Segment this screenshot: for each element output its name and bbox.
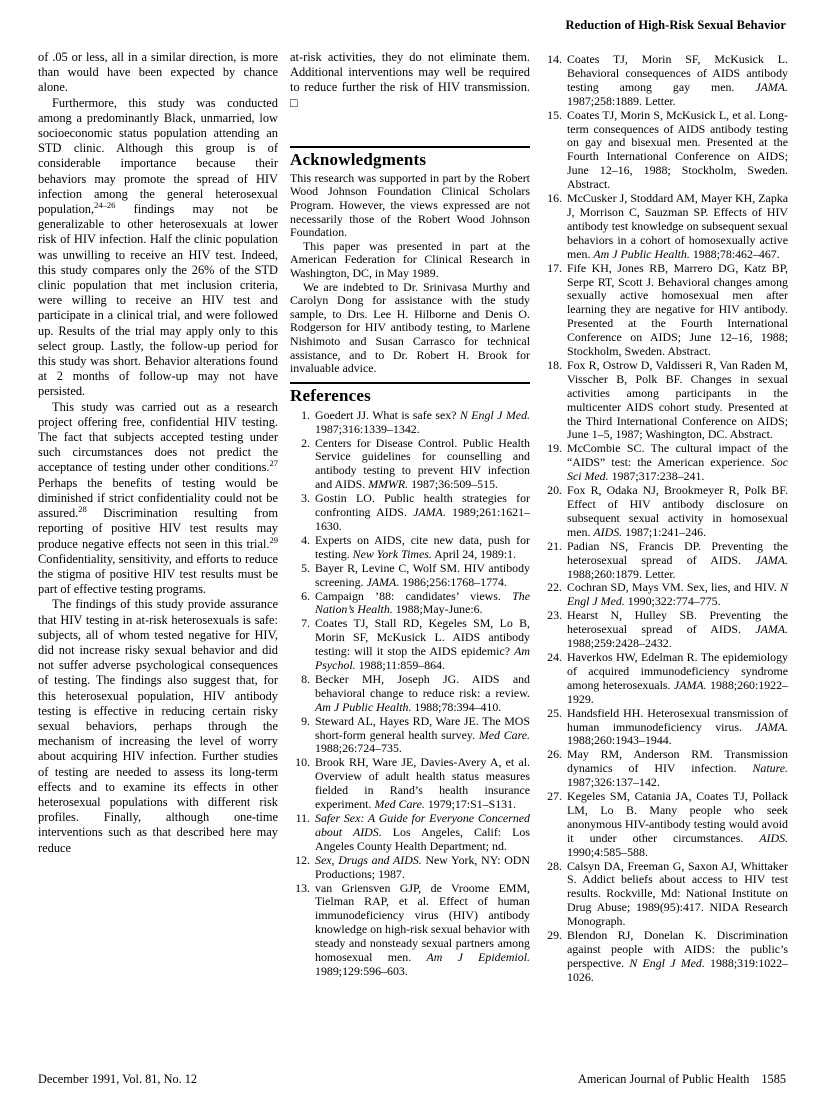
reference-item: 26.May RM, Anderson RM. Transmission dyn… — [542, 748, 788, 790]
reference-text: Fox R, Odaka NJ, Brookmeyer R, Polk BF. … — [567, 484, 788, 540]
paragraph: This study was carried out as a research… — [38, 400, 278, 598]
reference-number: 4. — [290, 534, 315, 562]
reference-text: van Griensven GJP, de Vroome EMM, Tielma… — [315, 882, 530, 979]
reference-number: 17. — [542, 262, 567, 359]
reference-number: 26. — [542, 748, 567, 790]
reference-text: Padian NS, Francis DP. Preventing the he… — [567, 540, 788, 582]
reference-text: Becker MH, Joseph JG. AIDS and behaviora… — [315, 673, 530, 715]
reference-number: 27. — [542, 790, 567, 860]
reference-item: 24.Haverkos HW, Edelman R. The epidemiol… — [542, 651, 788, 707]
reference-item: 15.Coates TJ, Morin S, McKusick L, et al… — [542, 109, 788, 192]
reference-item: 21.Padian NS, Francis DP. Preventing the… — [542, 540, 788, 582]
reference-text: Coates TJ, Stall RD, Kegeles SM, Lo B, M… — [315, 617, 530, 673]
reference-item: 23.Hearst N, Hulley SB. Preventing the h… — [542, 609, 788, 651]
reference-text: Safer Sex: A Guide for Everyone Concerne… — [315, 812, 530, 854]
reference-text: Cochran SD, Mays VM. Sex, lies, and HIV.… — [567, 581, 788, 609]
references-heading: References — [290, 386, 530, 406]
reference-text: Fife KH, Jones RB, Marrero DG, Katz BP, … — [567, 262, 788, 359]
column-1: of .05 or less, all in a similar directi… — [38, 50, 278, 985]
reference-number: 24. — [542, 651, 567, 707]
reference-text: Brook RH, Ware JE, Davies-Avery A, et al… — [315, 756, 530, 812]
reference-item: 7.Coates TJ, Stall RD, Kegeles SM, Lo B,… — [290, 617, 530, 673]
reference-item: 3.Gostin LO. Public health strategies fo… — [290, 492, 530, 534]
reference-number: 10. — [290, 756, 315, 812]
reference-number: 6. — [290, 590, 315, 618]
paragraph: This research was supported in part by t… — [290, 172, 530, 240]
paragraph: We are indebted to Dr. Srinivasa Murthy … — [290, 281, 530, 376]
reference-number: 22. — [542, 581, 567, 609]
reference-item: 9.Steward AL, Hayes RD, Ware JE. The MOS… — [290, 715, 530, 757]
reference-text: Calsyn DA, Freeman G, Saxon AJ, Whittake… — [567, 860, 788, 930]
reference-item: 17.Fife KH, Jones RB, Marrero DG, Katz B… — [542, 262, 788, 359]
column-3: 14.Coates TJ, Morin SF, McKusick L. Beha… — [542, 50, 788, 985]
section-rule-acknowledgments — [290, 146, 530, 148]
reference-text: Experts on AIDS, cite new data, push for… — [315, 534, 530, 562]
reference-number: 1. — [290, 409, 315, 437]
reference-item: 11.Safer Sex: A Guide for Everyone Conce… — [290, 812, 530, 854]
reference-number: 23. — [542, 609, 567, 651]
reference-number: 12. — [290, 854, 315, 882]
reference-item: 5.Bayer R, Levine C, Wolf SM. HIV antibo… — [290, 562, 530, 590]
page-footer: December 1991, Vol. 81, No. 12 American … — [38, 1072, 786, 1087]
reference-item: 10.Brook RH, Ware JE, Davies-Avery A, et… — [290, 756, 530, 812]
reference-text: Centers for Disease Control. Public Heal… — [315, 437, 530, 493]
reference-text: Blendon RJ, Donelan K. Discrimination ag… — [567, 929, 788, 985]
reference-number: 11. — [290, 812, 315, 854]
reference-item: 14.Coates TJ, Morin SF, McKusick L. Beha… — [542, 53, 788, 109]
paragraph: of .05 or less, all in a similar directi… — [38, 50, 278, 96]
reference-text: Kegeles SM, Catania JA, Coates TJ, Polla… — [567, 790, 788, 860]
acknowledgments-heading: Acknowledgments — [290, 150, 530, 170]
reference-text: Gostin LO. Public health strategies for … — [315, 492, 530, 534]
reference-number: 19. — [542, 442, 567, 484]
footer-issue-date: December 1991, Vol. 81, No. 12 — [38, 1072, 197, 1087]
reference-item: 25.Handsfield HH. Heterosexual transmiss… — [542, 707, 788, 749]
reference-number: 15. — [542, 109, 567, 192]
reference-number: 9. — [290, 715, 315, 757]
section-rule-references — [290, 382, 530, 384]
paragraph: at-risk activities, they do not eliminat… — [290, 50, 530, 111]
reference-number: 7. — [290, 617, 315, 673]
reference-text: Coates TJ, Morin SF, McKusick L. Behavio… — [567, 53, 788, 109]
reference-item: 1.Goedert JJ. What is safe sex? N Engl J… — [290, 409, 530, 437]
discussion-text-col2: at-risk activities, they do not eliminat… — [290, 50, 530, 111]
reference-item: 12.Sex, Drugs and AIDS. New York, NY: OD… — [290, 854, 530, 882]
reference-item: 28.Calsyn DA, Freeman G, Saxon AJ, Whitt… — [542, 860, 788, 930]
reference-item: 2.Centers for Disease Control. Public He… — [290, 437, 530, 493]
reference-number: 18. — [542, 359, 567, 442]
reference-number: 2. — [290, 437, 315, 493]
reference-item: 13.van Griensven GJP, de Vroome EMM, Tie… — [290, 882, 530, 979]
references-list-part2: 14.Coates TJ, Morin SF, McKusick L. Beha… — [542, 53, 788, 985]
reference-number: 3. — [290, 492, 315, 534]
reference-item: 19.McCombie SC. The cultural impact of t… — [542, 442, 788, 484]
reference-number: 16. — [542, 192, 567, 262]
paragraph: The findings of this study provide assur… — [38, 597, 278, 855]
reference-item: 4.Experts on AIDS, cite new data, push f… — [290, 534, 530, 562]
running-head: Reduction of High-Risk Sexual Behavior — [38, 18, 786, 33]
reference-number: 25. — [542, 707, 567, 749]
reference-item: 6.Campaign ’88: candidates’ views. The N… — [290, 590, 530, 618]
footer-journal-group: American Journal of Public Health 1585 — [578, 1072, 786, 1087]
reference-number: 28. — [542, 860, 567, 930]
reference-item: 20.Fox R, Odaka NJ, Brookmeyer R, Polk B… — [542, 484, 788, 540]
reference-text: Sex, Drugs and AIDS. New York, NY: ODN P… — [315, 854, 530, 882]
reference-text: Goedert JJ. What is safe sex? N Engl J M… — [315, 409, 530, 437]
reference-text: Haverkos HW, Edelman R. The epidemiology… — [567, 651, 788, 707]
column-2: at-risk activities, they do not eliminat… — [290, 50, 530, 985]
references-list-part1: 1.Goedert JJ. What is safe sex? N Engl J… — [290, 409, 530, 979]
three-column-layout: of .05 or less, all in a similar directi… — [38, 50, 788, 985]
reference-text: Steward AL, Hayes RD, Ware JE. The MOS s… — [315, 715, 530, 757]
footer-page-number: 1585 — [761, 1072, 786, 1087]
reference-text: Campaign ’88: candidates’ views. The Nat… — [315, 590, 530, 618]
reference-item: 8.Becker MH, Joseph JG. AIDS and behavio… — [290, 673, 530, 715]
reference-text: McCombie SC. The cultural impact of the … — [567, 442, 788, 484]
reference-item: 29.Blendon RJ, Donelan K. Discrimination… — [542, 929, 788, 985]
reference-text: May RM, Anderson RM. Transmission dynami… — [567, 748, 788, 790]
reference-number: 5. — [290, 562, 315, 590]
reference-number: 21. — [542, 540, 567, 582]
reference-number: 20. — [542, 484, 567, 540]
reference-text: Bayer R, Levine C, Wolf SM. HIV antibody… — [315, 562, 530, 590]
paragraph: This paper was presented in part at the … — [290, 240, 530, 281]
reference-item: 16.McCusker J, Stoddard AM, Mayer KH, Za… — [542, 192, 788, 262]
acknowledgments-text: This research was supported in part by t… — [290, 172, 530, 376]
reference-number: 13. — [290, 882, 315, 979]
reference-item: 22.Cochran SD, Mays VM. Sex, lies, and H… — [542, 581, 788, 609]
reference-text: Coates TJ, Morin S, McKusick L, et al. L… — [567, 109, 788, 192]
reference-item: 27.Kegeles SM, Catania JA, Coates TJ, Po… — [542, 790, 788, 860]
paragraph: Furthermore, this study was conducted am… — [38, 96, 278, 400]
reference-text: McCusker J, Stoddard AM, Mayer KH, Zapka… — [567, 192, 788, 262]
reference-number: 29. — [542, 929, 567, 985]
discussion-text-col1: of .05 or less, all in a similar directi… — [38, 50, 278, 856]
reference-text: Hearst N, Hulley SB. Preventing the hete… — [567, 609, 788, 651]
reference-item: 18.Fox R, Ostrow D, Valdisseri R, Van Ra… — [542, 359, 788, 442]
journal-page: Reduction of High-Risk Sexual Behavior o… — [0, 0, 816, 1105]
reference-text: Fox R, Ostrow D, Valdisseri R, Van Raden… — [567, 359, 788, 442]
reference-text: Handsfield HH. Heterosexual transmission… — [567, 707, 788, 749]
footer-journal-name: American Journal of Public Health — [578, 1072, 749, 1087]
reference-number: 14. — [542, 53, 567, 109]
reference-number: 8. — [290, 673, 315, 715]
